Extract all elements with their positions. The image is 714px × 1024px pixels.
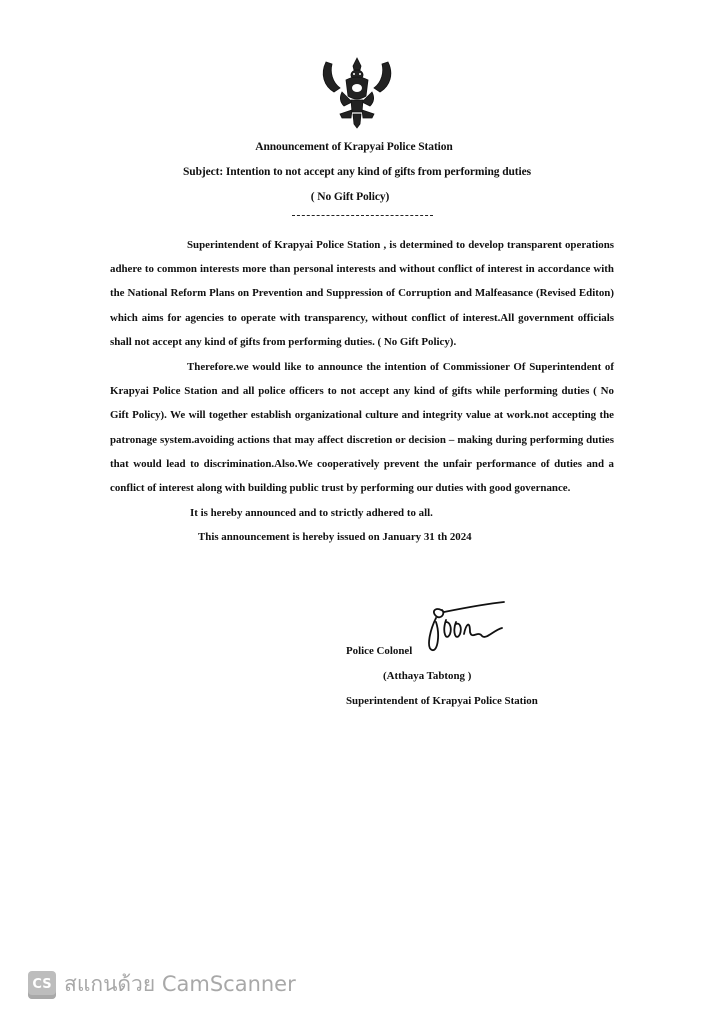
text-line: Superintendent of Krapyai Police Station… [110,233,614,257]
camscanner-logo-icon: CS [28,971,56,999]
signer-name: (Atthaya Tabtong ) [383,670,471,682]
paragraph-intent: Superintendent of Krapyai Police Station… [110,233,614,354]
text-line: which aims for agencies to operate with … [110,306,614,330]
closing-statement: It is hereby announced and to strictly a… [190,507,433,519]
policy-name: ( No Gift Policy) [0,191,707,203]
text-line: the National Reform Plans on Prevention … [110,281,614,305]
watermark-text: สแกนด้วย CamScanner [64,968,296,1001]
issue-date: This announcement is hereby issued on Ja… [198,531,472,543]
text-line: shall not accept any kind of gifts from … [110,330,614,354]
paragraph-announcement: Therefore.we would like to announce the … [110,355,614,500]
divider [292,215,433,216]
announcement-title: Announcement of Krapyai Police Station [0,141,711,153]
text-line: Krapyai Police Station and all police of… [110,379,614,403]
garuda-emblem-icon [318,52,396,130]
announcement-subject: Subject: Intention to not accept any kin… [0,166,714,178]
signer-position: Superintendent of Krapyai Police Station [346,695,538,707]
signer-rank: Police Colonel [346,645,412,657]
camscanner-watermark: CS สแกนด้วย CamScanner [28,968,296,1001]
signature-icon [424,600,524,660]
text-line: Therefore.we would like to announce the … [110,355,614,379]
text-line: that would lead to discrimination.Also.W… [110,452,614,476]
text-line: conflict of interest along with building… [110,476,614,500]
text-line: Gift Policy). We will together establish… [110,403,614,427]
text-line: patronage system.avoiding actions that m… [110,428,614,452]
text-line: adhere to common interests more than per… [110,257,614,281]
